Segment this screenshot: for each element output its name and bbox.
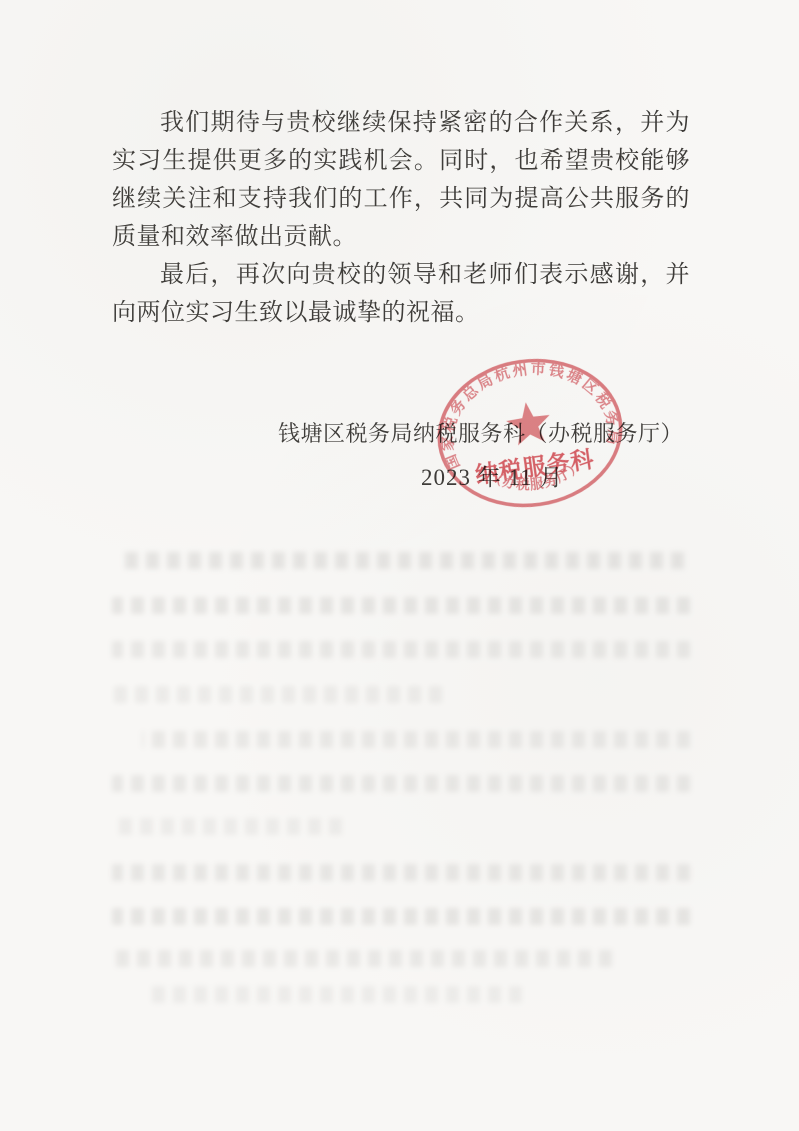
- letter-body: 我们期待与贵校继续保持紧密的合作关系，并为实习生提供更多的实践机会。同时，也希望…: [112, 104, 690, 332]
- paragraph-thanks: 最后，再次向贵校的领导和老师们表示感谢，并向两位实习生致以最诚挚的祝福。: [112, 256, 690, 332]
- star-icon: [504, 399, 553, 446]
- bleed-through-strip: [118, 552, 684, 569]
- bleed-through-strip: [112, 950, 612, 967]
- bleed-through-strip: [112, 864, 690, 881]
- official-seal-stamp: 国家税务总局杭州市钱塘区税务局 纳税服务科 （办税服务厅）: [419, 333, 641, 533]
- bleed-through-strip: [112, 908, 690, 925]
- bleed-through-strip: [112, 775, 690, 792]
- bleed-through-strip: [112, 641, 690, 658]
- bleed-through-strip: [112, 597, 690, 614]
- scanned-letter-page: 我们期待与贵校继续保持紧密的合作关系，并为实习生提供更多的实践机会。同时，也希望…: [0, 0, 799, 1131]
- bleed-through-strip: [152, 986, 522, 1003]
- bleed-through-strip: [112, 686, 442, 703]
- bleed-through-strip: [112, 818, 342, 835]
- paragraph-cooperation: 我们期待与贵校继续保持紧密的合作关系，并为实习生提供更多的实践机会。同时，也希望…: [112, 104, 690, 256]
- bleed-through-strip: [142, 731, 690, 748]
